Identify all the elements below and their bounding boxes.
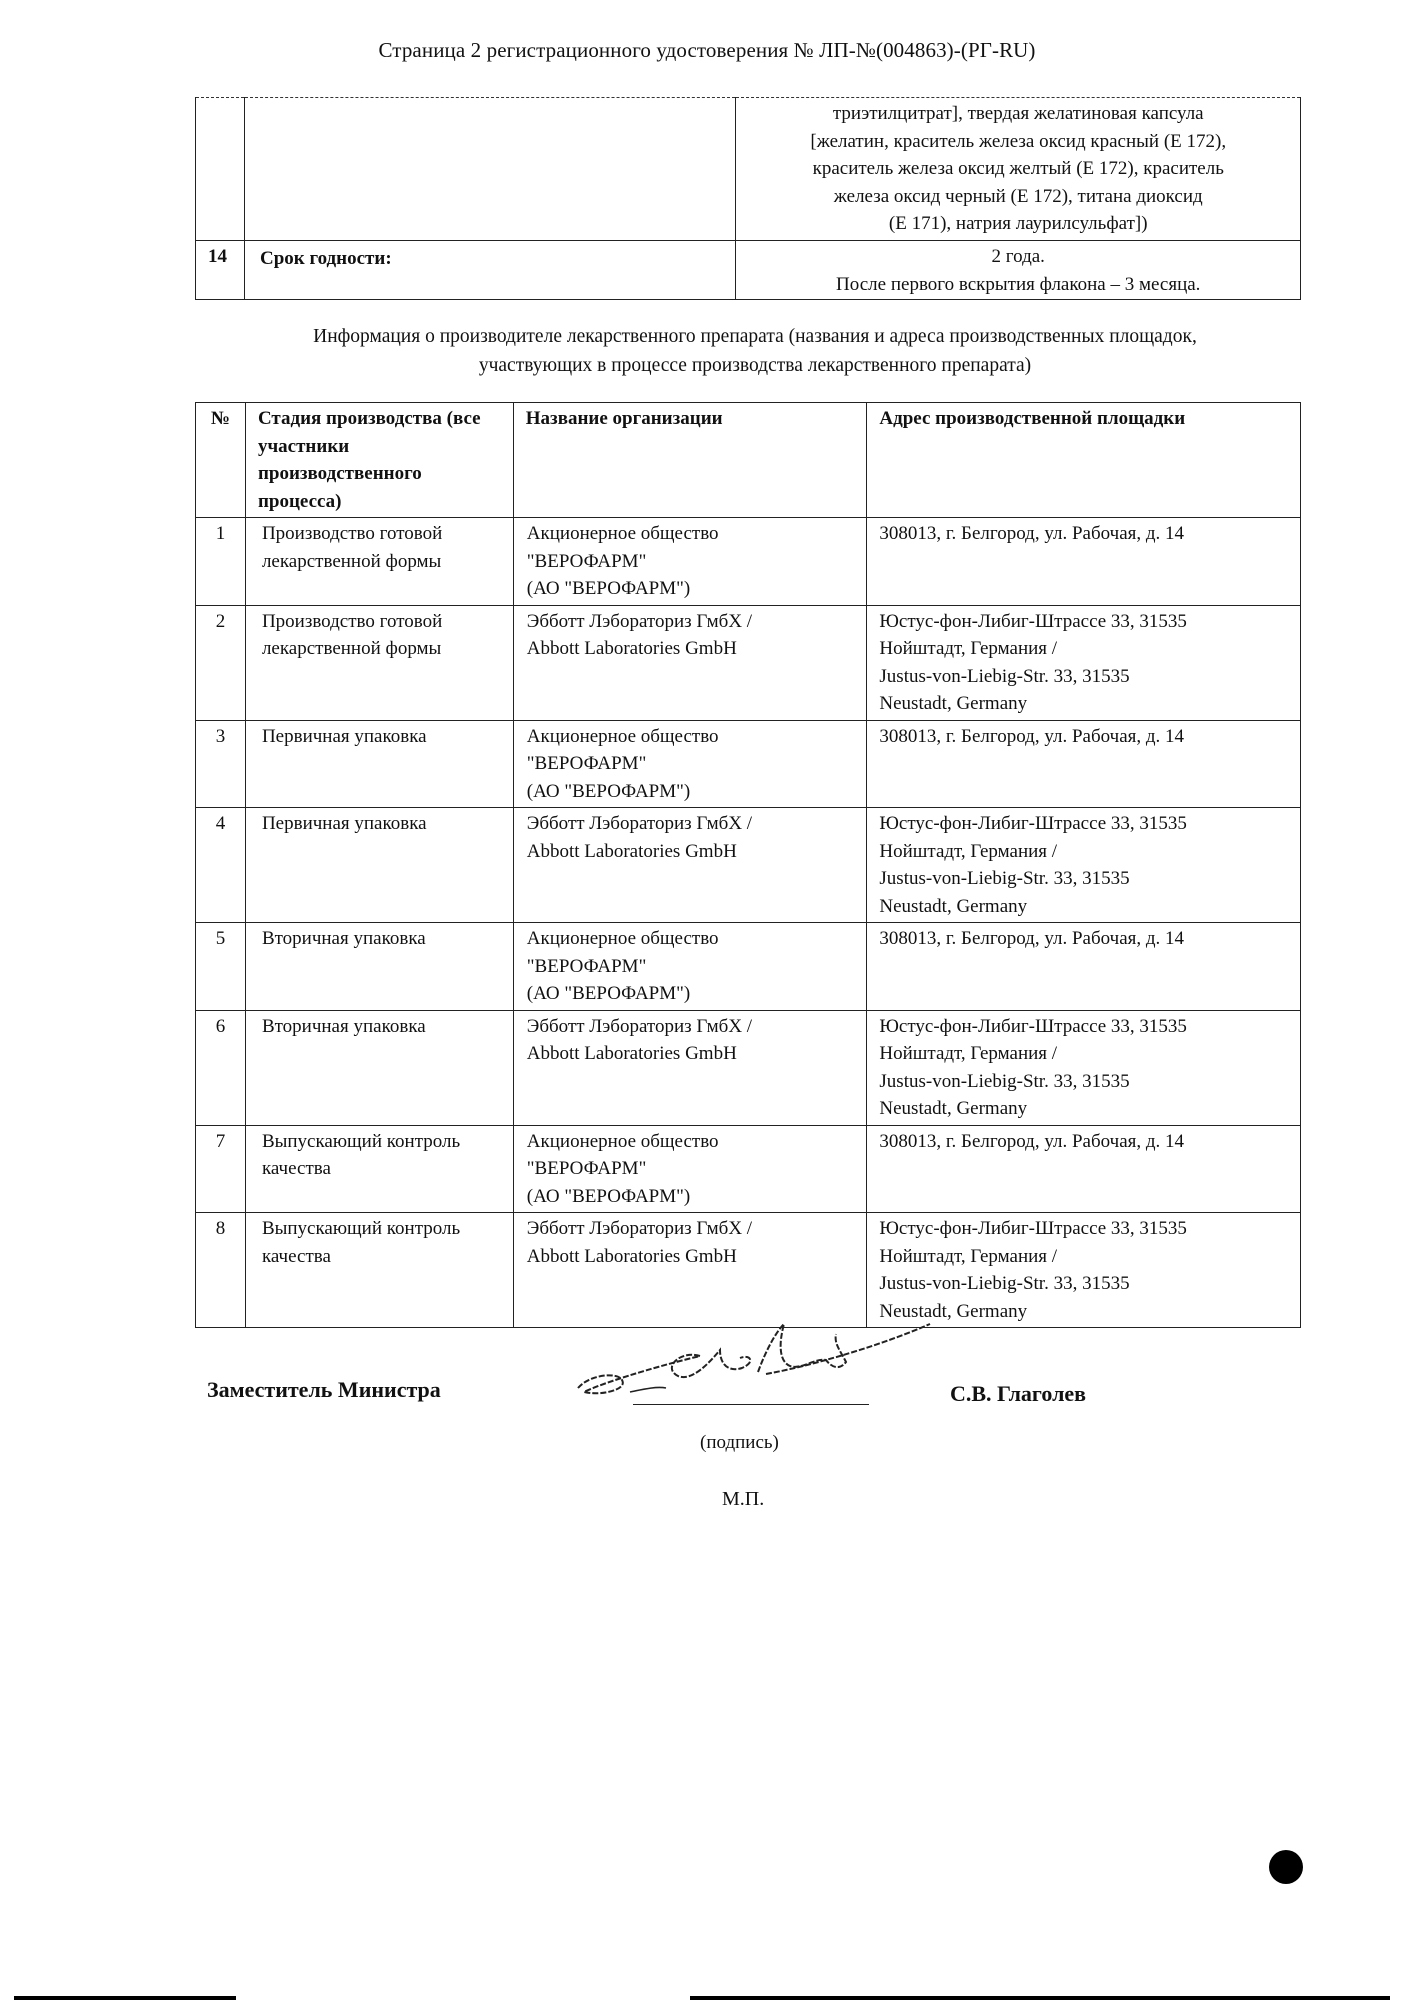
table-header-row: № Стадия производства (все участники про…	[196, 403, 1301, 518]
page-header: Страница 2 регистрационного удостоверени…	[0, 38, 1414, 63]
site-address: Юстус-фон-Либиг-Штрассе 33, 31535 Нойшта…	[867, 605, 1301, 720]
shelf-life-number: 14	[196, 241, 245, 300]
signatory-name: С.В. Глаголев	[950, 1381, 1086, 1407]
composition-line: краситель железа оксид желтый (Е 172), к…	[742, 155, 1294, 183]
site-address: 308013, г. Белгород, ул. Рабочая, д. 14	[867, 518, 1301, 606]
production-stage: Выпускающий контроль качества	[245, 1125, 513, 1213]
composition-table-continuation: триэтилцитрат], твердая желатиновая капс…	[195, 97, 1301, 300]
row-number: 1	[196, 518, 246, 606]
row-number: 4	[196, 808, 246, 923]
composition-line: [желатин, краситель железа оксид красный…	[742, 128, 1294, 156]
shelf-life-line: 2 года.	[742, 243, 1294, 271]
signatory-position: Заместитель Министра	[207, 1377, 441, 1403]
handwritten-signature	[570, 1310, 950, 1425]
organization-name: Акционерное общество "ВЕРОФАРМ" (АО "ВЕР…	[513, 720, 867, 808]
table-row: 6Вторичная упаковкаЭбботт Лэбораториз Гм…	[196, 1010, 1301, 1125]
production-stage: Первичная упаковка	[245, 720, 513, 808]
row-number-cell	[196, 98, 245, 241]
signature-caption: (подпись)	[700, 1432, 779, 1454]
manufacturer-section-intro: Информация о производителе лекарственног…	[200, 322, 1310, 380]
table-row: 7Выпускающий контроль качестваАкционерно…	[196, 1125, 1301, 1213]
site-address: 308013, г. Белгород, ул. Рабочая, д. 14	[867, 720, 1301, 808]
site-address: Юстус-фон-Либиг-Штрассе 33, 31535 Нойшта…	[867, 1010, 1301, 1125]
row-number: 2	[196, 605, 246, 720]
table-row: 2Производство готовой лекарственной форм…	[196, 605, 1301, 720]
production-stage: Производство готовой лекарственной формы	[245, 605, 513, 720]
production-stage: Выпускающий контроль качества	[245, 1213, 513, 1328]
organization-name: Акционерное общество "ВЕРОФАРМ" (АО "ВЕР…	[513, 518, 867, 606]
organization-name: Эбботт Лэбораториз ГмбХ / Abbott Laborat…	[513, 808, 867, 923]
organization-name: Эбботт Лэбораториз ГмбХ / Abbott Laborat…	[513, 1010, 867, 1125]
composition-line: триэтилцитрат], твердая желатиновая капс…	[742, 100, 1294, 128]
site-address: 308013, г. Белгород, ул. Рабочая, д. 14	[867, 923, 1301, 1011]
production-stage: Вторичная упаковка	[245, 1010, 513, 1125]
organization-name: Акционерное общество "ВЕРОФАРМ" (АО "ВЕР…	[513, 1125, 867, 1213]
organization-name: Эбботт Лэбораториз ГмбХ / Abbott Laborat…	[513, 605, 867, 720]
row-number: 7	[196, 1125, 246, 1213]
intro-line: участвующих в процессе производства лека…	[200, 351, 1310, 380]
row-label-cell	[244, 98, 736, 241]
shelf-life-row: 14 Срок годности: 2 года. После первого …	[196, 241, 1301, 300]
signature-line	[633, 1404, 869, 1405]
intro-line: Информация о производителе лекарственног…	[200, 322, 1310, 351]
row-number: 5	[196, 923, 246, 1011]
column-header-organization: Название организации	[513, 403, 867, 518]
shelf-life-value: 2 года. После первого вскрытия флакона –…	[736, 241, 1301, 300]
table-row: 1Производство готовой лекарственной форм…	[196, 518, 1301, 606]
composition-row: триэтилцитрат], твердая желатиновая капс…	[196, 98, 1301, 241]
scan-dot-mark	[1269, 1850, 1303, 1884]
organization-name: Акционерное общество "ВЕРОФАРМ" (АО "ВЕР…	[513, 923, 867, 1011]
column-header-stage: Стадия производства (все участники произ…	[245, 403, 513, 518]
manufacturer-table: № Стадия производства (все участники про…	[195, 402, 1301, 1328]
composition-line: (Е 171), натрия лаурилсульфат])	[742, 210, 1294, 238]
row-number: 6	[196, 1010, 246, 1125]
table-row: 5Вторичная упаковкаАкционерное общество …	[196, 923, 1301, 1011]
production-stage: Первичная упаковка	[245, 808, 513, 923]
site-address: 308013, г. Белгород, ул. Рабочая, д. 14	[867, 1125, 1301, 1213]
row-number: 8	[196, 1213, 246, 1328]
stamp-placeholder: М.П.	[722, 1488, 764, 1511]
composition-value-cell: триэтилцитрат], твердая желатиновая капс…	[736, 98, 1301, 241]
column-header-number: №	[196, 403, 246, 518]
site-address: Юстус-фон-Либиг-Штрассе 33, 31535 Нойшта…	[867, 808, 1301, 923]
table-row: 3Первичная упаковкаАкционерное общество …	[196, 720, 1301, 808]
table-row: 4Первичная упаковкаЭбботт Лэбораториз Гм…	[196, 808, 1301, 923]
composition-line: железа оксид черный (Е 172), титана диок…	[742, 183, 1294, 211]
production-stage: Вторичная упаковка	[245, 923, 513, 1011]
shelf-life-label: Срок годности:	[244, 241, 736, 300]
scan-edge-bar	[690, 1996, 1390, 2000]
shelf-life-line: После первого вскрытия флакона – 3 месяц…	[742, 271, 1294, 299]
production-stage: Производство готовой лекарственной формы	[245, 518, 513, 606]
row-number: 3	[196, 720, 246, 808]
scan-edge-bar	[14, 1996, 236, 2000]
column-header-address: Адрес производственной площадки	[867, 403, 1301, 518]
